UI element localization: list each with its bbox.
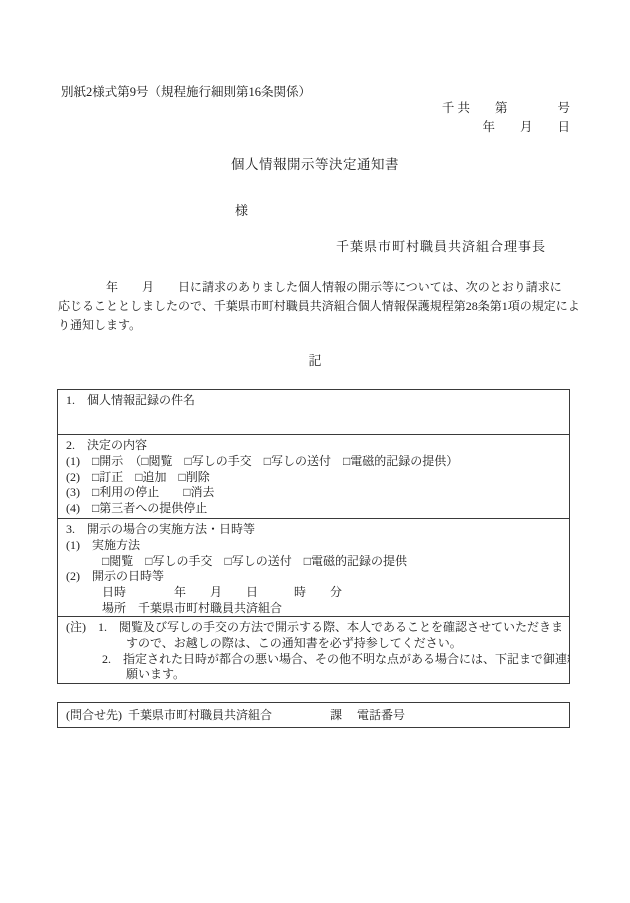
doc-number-block: 千 共 第 号 年 月 日	[442, 99, 570, 137]
sender-name: 千葉県市町村職員共済組合理事長	[336, 236, 546, 255]
contact-dept-blank: 課	[330, 708, 342, 722]
note-line: すので、お越しの際は、この通知書を必ず持参してください。	[66, 636, 563, 652]
addressee-honorific: 様	[235, 200, 248, 219]
form-line-checkbox-options: (3) □利用の停止 □消去	[66, 485, 563, 501]
body-line: り通知します。	[58, 316, 572, 335]
form-id-label: 別紙2様式第9号（規程施行細則第16条関係）	[61, 82, 311, 100]
table-row-decision-content: 2. 決定の内容 (1) □開示 （□閲覧 □写しの手交 □写しの送付 □電磁的…	[58, 434, 569, 518]
contact-org: 千葉県市町村職員共済組合	[128, 708, 272, 722]
document-page: 別紙2様式第9号（規程施行細則第16条関係） 千 共 第 号 年 月 日 個人情…	[0, 0, 630, 903]
note-line: 2. 指定された日時が都合の悪い場合、その他不明な点がある場合には、下記まで御連…	[66, 652, 563, 668]
form-table: 1. 個人情報記録の件名 2. 決定の内容 (1) □開示 （□閲覧 □写しの手…	[57, 389, 570, 684]
body-paragraph: 年 月 日に請求のありました個人情報の開示等については、次のとおり請求に 応じる…	[58, 278, 572, 335]
note-line: (注) 1. 閲覧及び写しの手交の方法で開示する際、本人であることを確認させてい…	[66, 620, 563, 636]
form-line-checkbox-options: (1) □開示 （□閲覧 □写しの手交 □写しの送付 □電磁的記録の提供）	[66, 454, 563, 470]
table-row-notes: (注) 1. 閲覧及び写しの手交の方法で開示する際、本人であることを確認させてい…	[58, 616, 569, 683]
form-line: (1) 実施方法	[66, 538, 563, 554]
form-line: 3. 開示の場合の実施方法・日時等	[66, 522, 563, 538]
body-line: 年 月 日に請求のありました個人情報の開示等については、次のとおり請求に	[58, 278, 572, 297]
doc-number-line: 千 共 第 号	[442, 99, 570, 118]
form-line-checkbox-options: (4) □第三者への提供停止	[66, 501, 563, 517]
form-line: 2. 決定の内容	[66, 438, 563, 454]
doc-date-line: 年 月 日	[442, 118, 570, 137]
contact-box: (問合せ先)千葉県市町村職員共済組合課電話番号	[57, 702, 570, 728]
contact-phone-label: 電話番号	[357, 708, 405, 722]
form-line-datetime-blank: 日時 年 月 日 時 分	[66, 585, 563, 601]
form-line: (2) 開示の日時等	[66, 569, 563, 585]
note-line: 願います。	[66, 667, 563, 683]
body-line: 応じることとしましたので、千葉県市町村職員共済組合個人情報保護規程第28条第1項…	[58, 297, 572, 316]
table-row-record-subject: 1. 個人情報記録の件名	[58, 390, 569, 434]
form-line: 1. 個人情報記録の件名	[66, 393, 563, 409]
form-line-checkbox-options: (2) □訂正 □追加 □削除	[66, 470, 563, 486]
form-line-checkbox-options: □閲覧 □写しの手交 □写しの送付 □電磁的記録の提供	[66, 554, 563, 570]
form-line-place: 場所 千葉県市町村職員共済組合	[66, 601, 563, 616]
table-row-disclosure-method: 3. 開示の場合の実施方法・日時等 (1) 実施方法 □閲覧 □写しの手交 □写…	[58, 518, 569, 616]
ki-marker: 記	[0, 350, 630, 369]
contact-label: (問合せ先)	[66, 708, 122, 722]
page-title: 個人情報開示等決定通知書	[0, 153, 630, 173]
